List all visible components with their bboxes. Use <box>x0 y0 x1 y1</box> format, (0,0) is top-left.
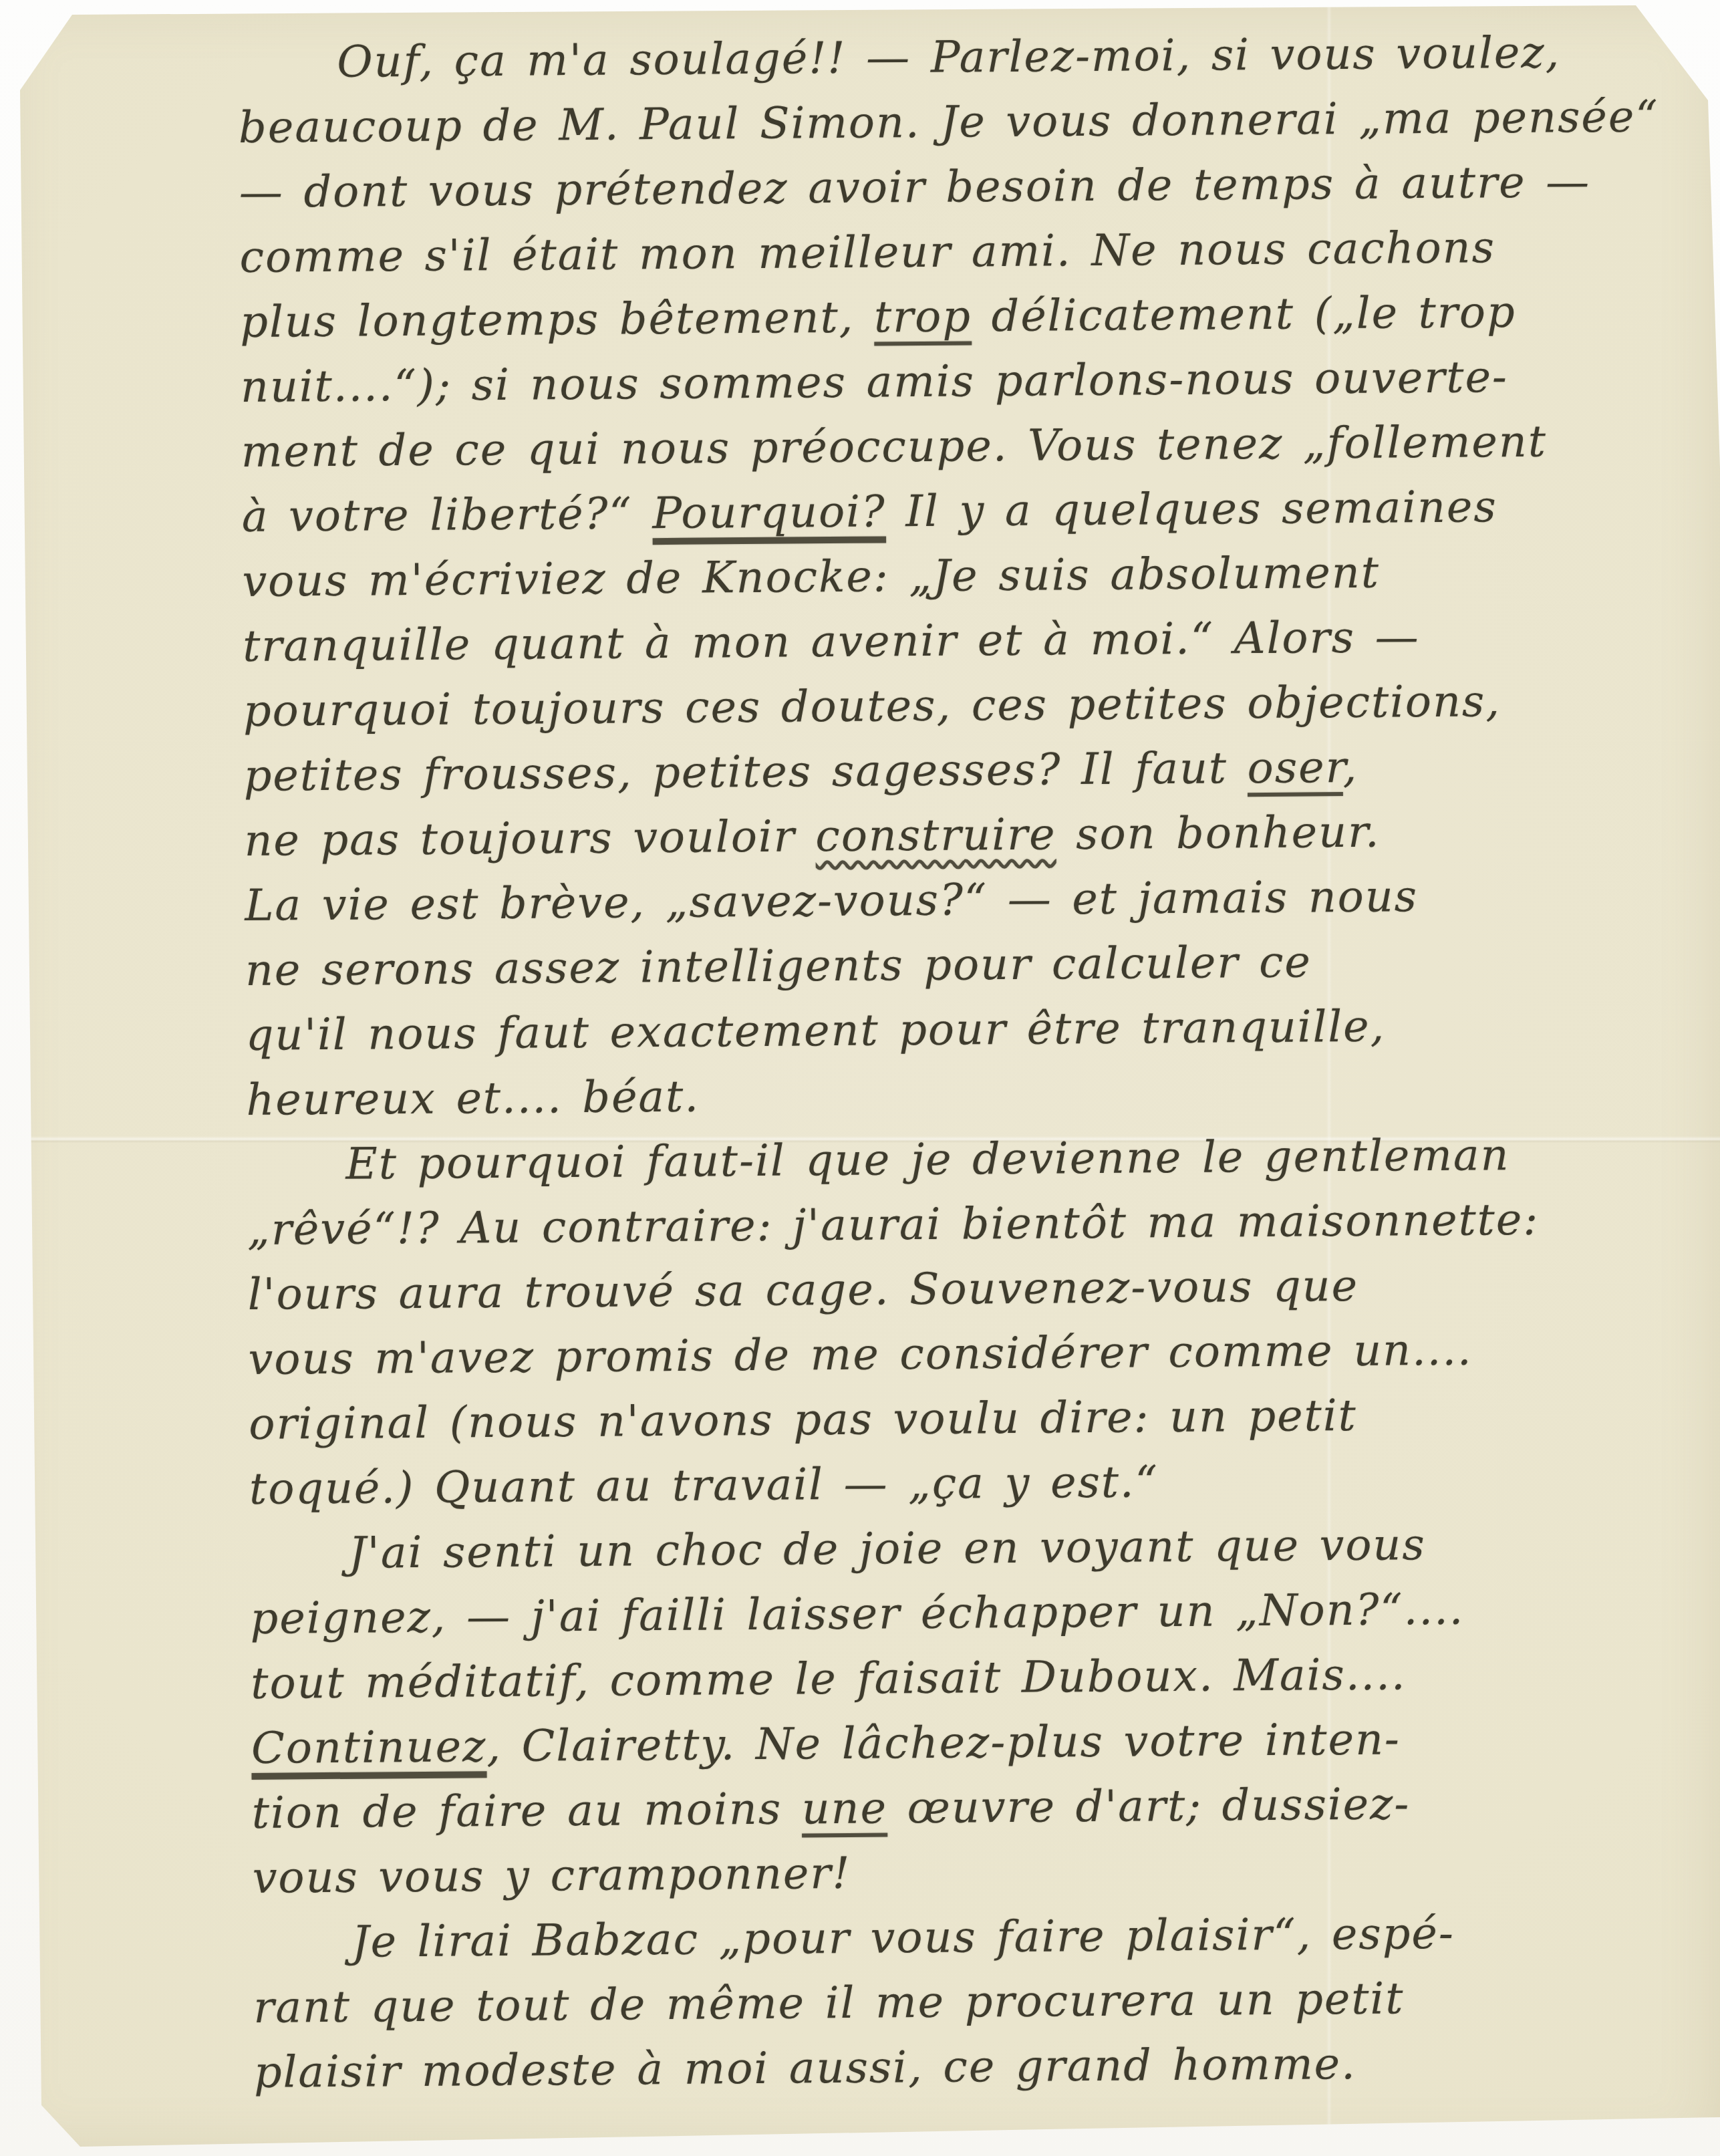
text-segment: plus longtemps bêtement, <box>240 293 874 348</box>
text-segment: heureux et.... béat. <box>246 1072 700 1125</box>
letter-paragraph: Et pourquoi faut-il que je devienne le g… <box>247 1121 1680 1522</box>
underlined-word: Continuez <box>251 1722 487 1774</box>
text-segment: original (nous n'avons pas voulu dire: u… <box>249 1391 1357 1450</box>
letter-line: tranquille quant à mon avenir et à moi.“… <box>243 603 1673 679</box>
text-segment: peignez, — j'ai failli laisser échapper … <box>250 1585 1464 1644</box>
text-segment: Il y a quelques semaines <box>885 482 1497 537</box>
text-segment: tranquille quant à mon avenir et à moi.“… <box>243 612 1420 672</box>
text-segment: La vie est brève, „savez-vous?“ — et jam… <box>245 871 1418 931</box>
underlined-word: oser <box>1247 743 1342 793</box>
letter-line: heureux et.... béat. <box>246 1057 1677 1133</box>
letter-line: beaucoup de M. Paul Simon. Je vous donne… <box>239 84 1669 160</box>
letter-line: Ouf, ça m'a soulagé!! — Parlez-moi, si v… <box>238 19 1669 96</box>
text-segment: ne pas toujours vouloir <box>244 811 815 866</box>
text-segment: à votre liberté?“ <box>241 489 652 542</box>
text-segment: vous vous y cramponner! <box>252 1849 851 1903</box>
letter-line: tion de faire au moins une œuvre d'art; … <box>252 1770 1683 1846</box>
letter-line: vous m'écriviez de Knocke: „Je suis abso… <box>242 538 1673 614</box>
text-segment: vous m'écriviez de Knocke: „Je suis abso… <box>242 548 1380 607</box>
letter-line: J'ai senti un choc de joie en voyant que… <box>250 1510 1681 1587</box>
letter-line: à votre liberté?“ Pourquoi? Il y a quelq… <box>241 473 1672 549</box>
text-segment: tout méditatif, comme le faisait Duboux.… <box>251 1649 1407 1709</box>
letter-line: toqué.) Quant au travail — „ça y est.“ <box>249 1446 1680 1522</box>
scan-background: Ouf, ça m'a soulagé!! — Parlez-moi, si v… <box>0 0 1720 2156</box>
text-segment: ne serons assez intelligents pour calcul… <box>245 937 1312 996</box>
text-segment: vous m'avez promis de me considérer comm… <box>248 1325 1473 1385</box>
text-segment: œuvre d'art; dussiez- <box>887 1779 1411 1833</box>
text-segment: — dont vous prétendez avoir besoin de te… <box>239 157 1591 218</box>
letter-line: Et pourquoi faut-il que je devienne le g… <box>247 1121 1677 1198</box>
text-segment: délicatement („le trop <box>972 287 1516 342</box>
text-segment: Ouf, ça m'a soulagé!! — Parlez-moi, si v… <box>337 27 1560 87</box>
text-segment: plaisir modeste à moi aussi, ce grand ho… <box>254 2039 1356 2098</box>
text-segment: l'ours aura trouvé sa cage. Souvenez-vou… <box>248 1261 1359 1320</box>
underlined-word: une <box>801 1783 887 1834</box>
text-segment: toqué.) Quant au travail — „ça y est.“ <box>249 1457 1159 1514</box>
text-segment: ment de ce qui nous préoccupe. Vous tene… <box>241 417 1548 477</box>
letter-line: peignez, — j'ai failli laisser échapper … <box>250 1575 1681 1651</box>
letter-page: Ouf, ça m'a soulagé!! — Parlez-moi, si v… <box>0 0 1720 2156</box>
underlined-word: trop <box>874 291 972 342</box>
underlined-word: Pourquoi? <box>652 487 886 539</box>
letter-line: tout méditatif, comme le faisait Duboux.… <box>251 1640 1681 1716</box>
letter-line: l'ours aura trouvé sa cage. Souvenez-vou… <box>247 1251 1678 1327</box>
text-segment: J'ai senti un choc de joie en voyant que… <box>349 1520 1426 1579</box>
text-segment: tion de faire au moins <box>252 1784 802 1838</box>
letter-line: vous m'avez promis de me considérer comm… <box>248 1316 1679 1392</box>
letter-paragraph: Ouf, ça m'a soulagé!! — Parlez-moi, si v… <box>238 19 1677 1133</box>
letter-line: „rêvé“!? Au contraire: j'aurai bientôt m… <box>247 1186 1678 1262</box>
text-segment: nuit....“); si nous sommes amis parlons-… <box>241 352 1508 412</box>
letter-line: petites frousses, petites sagesses? Il f… <box>243 732 1674 809</box>
underlined-word: construire <box>815 809 1056 861</box>
letter-paragraph: Je lirai Babzac „pour vous faire plaisir… <box>253 1899 1684 2105</box>
letter-line: ne serons assez intelligents pour calcul… <box>245 927 1676 1003</box>
letter-line: Je lirai Babzac „pour vous faire plaisir… <box>253 1899 1683 1976</box>
text-segment: petites frousses, petites sagesses? Il f… <box>243 743 1248 801</box>
text-segment: beaucoup de M. Paul Simon. Je vous donne… <box>239 92 1659 153</box>
letter-line: nuit....“); si nous sommes amis parlons-… <box>241 344 1671 420</box>
text-segment: Et pourquoi faut-il que je devienne le g… <box>345 1130 1510 1190</box>
text-segment: , Clairetty. Ne lâchez-plus votre inten- <box>486 1714 1401 1772</box>
letter-line: plaisir modeste à moi aussi, ce grand ho… <box>254 2029 1685 2105</box>
text-segment: pourquoi toujours ces doutes, ces petite… <box>243 676 1501 736</box>
text-segment: Je lirai Babzac „pour vous faire plaisir… <box>351 1909 1455 1968</box>
letter-line: ment de ce qui nous préoccupe. Vous tene… <box>241 408 1672 485</box>
text-segment: „rêvé“!? Au contraire: j'aurai bientôt m… <box>247 1195 1540 1255</box>
text-segment: son bonheur. <box>1056 807 1381 860</box>
letter-line: pourquoi toujours ces doutes, ces petite… <box>243 668 1674 744</box>
text-segment: rant que tout de même il me procurera un… <box>253 1974 1405 2033</box>
letter-line: rant que tout de même il me procurera un… <box>253 1964 1684 2040</box>
text-segment: comme s'il était mon meilleur ami. Ne no… <box>239 223 1495 283</box>
letter-line: ne pas toujours vouloir construire son b… <box>244 797 1675 873</box>
letter-line: Continuez, Clairetty. Ne lâchez-plus vot… <box>251 1705 1682 1781</box>
letter-line: qu'il nous faut exactement pour être tra… <box>245 992 1676 1068</box>
letter-body: Ouf, ça m'a soulagé!! — Parlez-moi, si v… <box>238 19 1684 2105</box>
letter-line: plus longtemps bêtement, trop délicateme… <box>240 279 1671 355</box>
letter-line: comme s'il était mon meilleur ami. Ne no… <box>239 214 1670 290</box>
letter-paragraph: J'ai senti un choc de joie en voyant que… <box>250 1510 1683 1911</box>
text-segment: qu'il nous faut exactement pour être tra… <box>246 1002 1386 1061</box>
letter-line: — dont vous prétendez avoir besoin de te… <box>239 149 1670 225</box>
letter-line: vous vous y cramponner! <box>252 1835 1683 1911</box>
text-segment: , <box>1342 743 1358 793</box>
letter-line: original (nous n'avons pas voulu dire: u… <box>249 1381 1679 1457</box>
letter-line: La vie est brève, „savez-vous?“ — et jam… <box>245 862 1675 938</box>
